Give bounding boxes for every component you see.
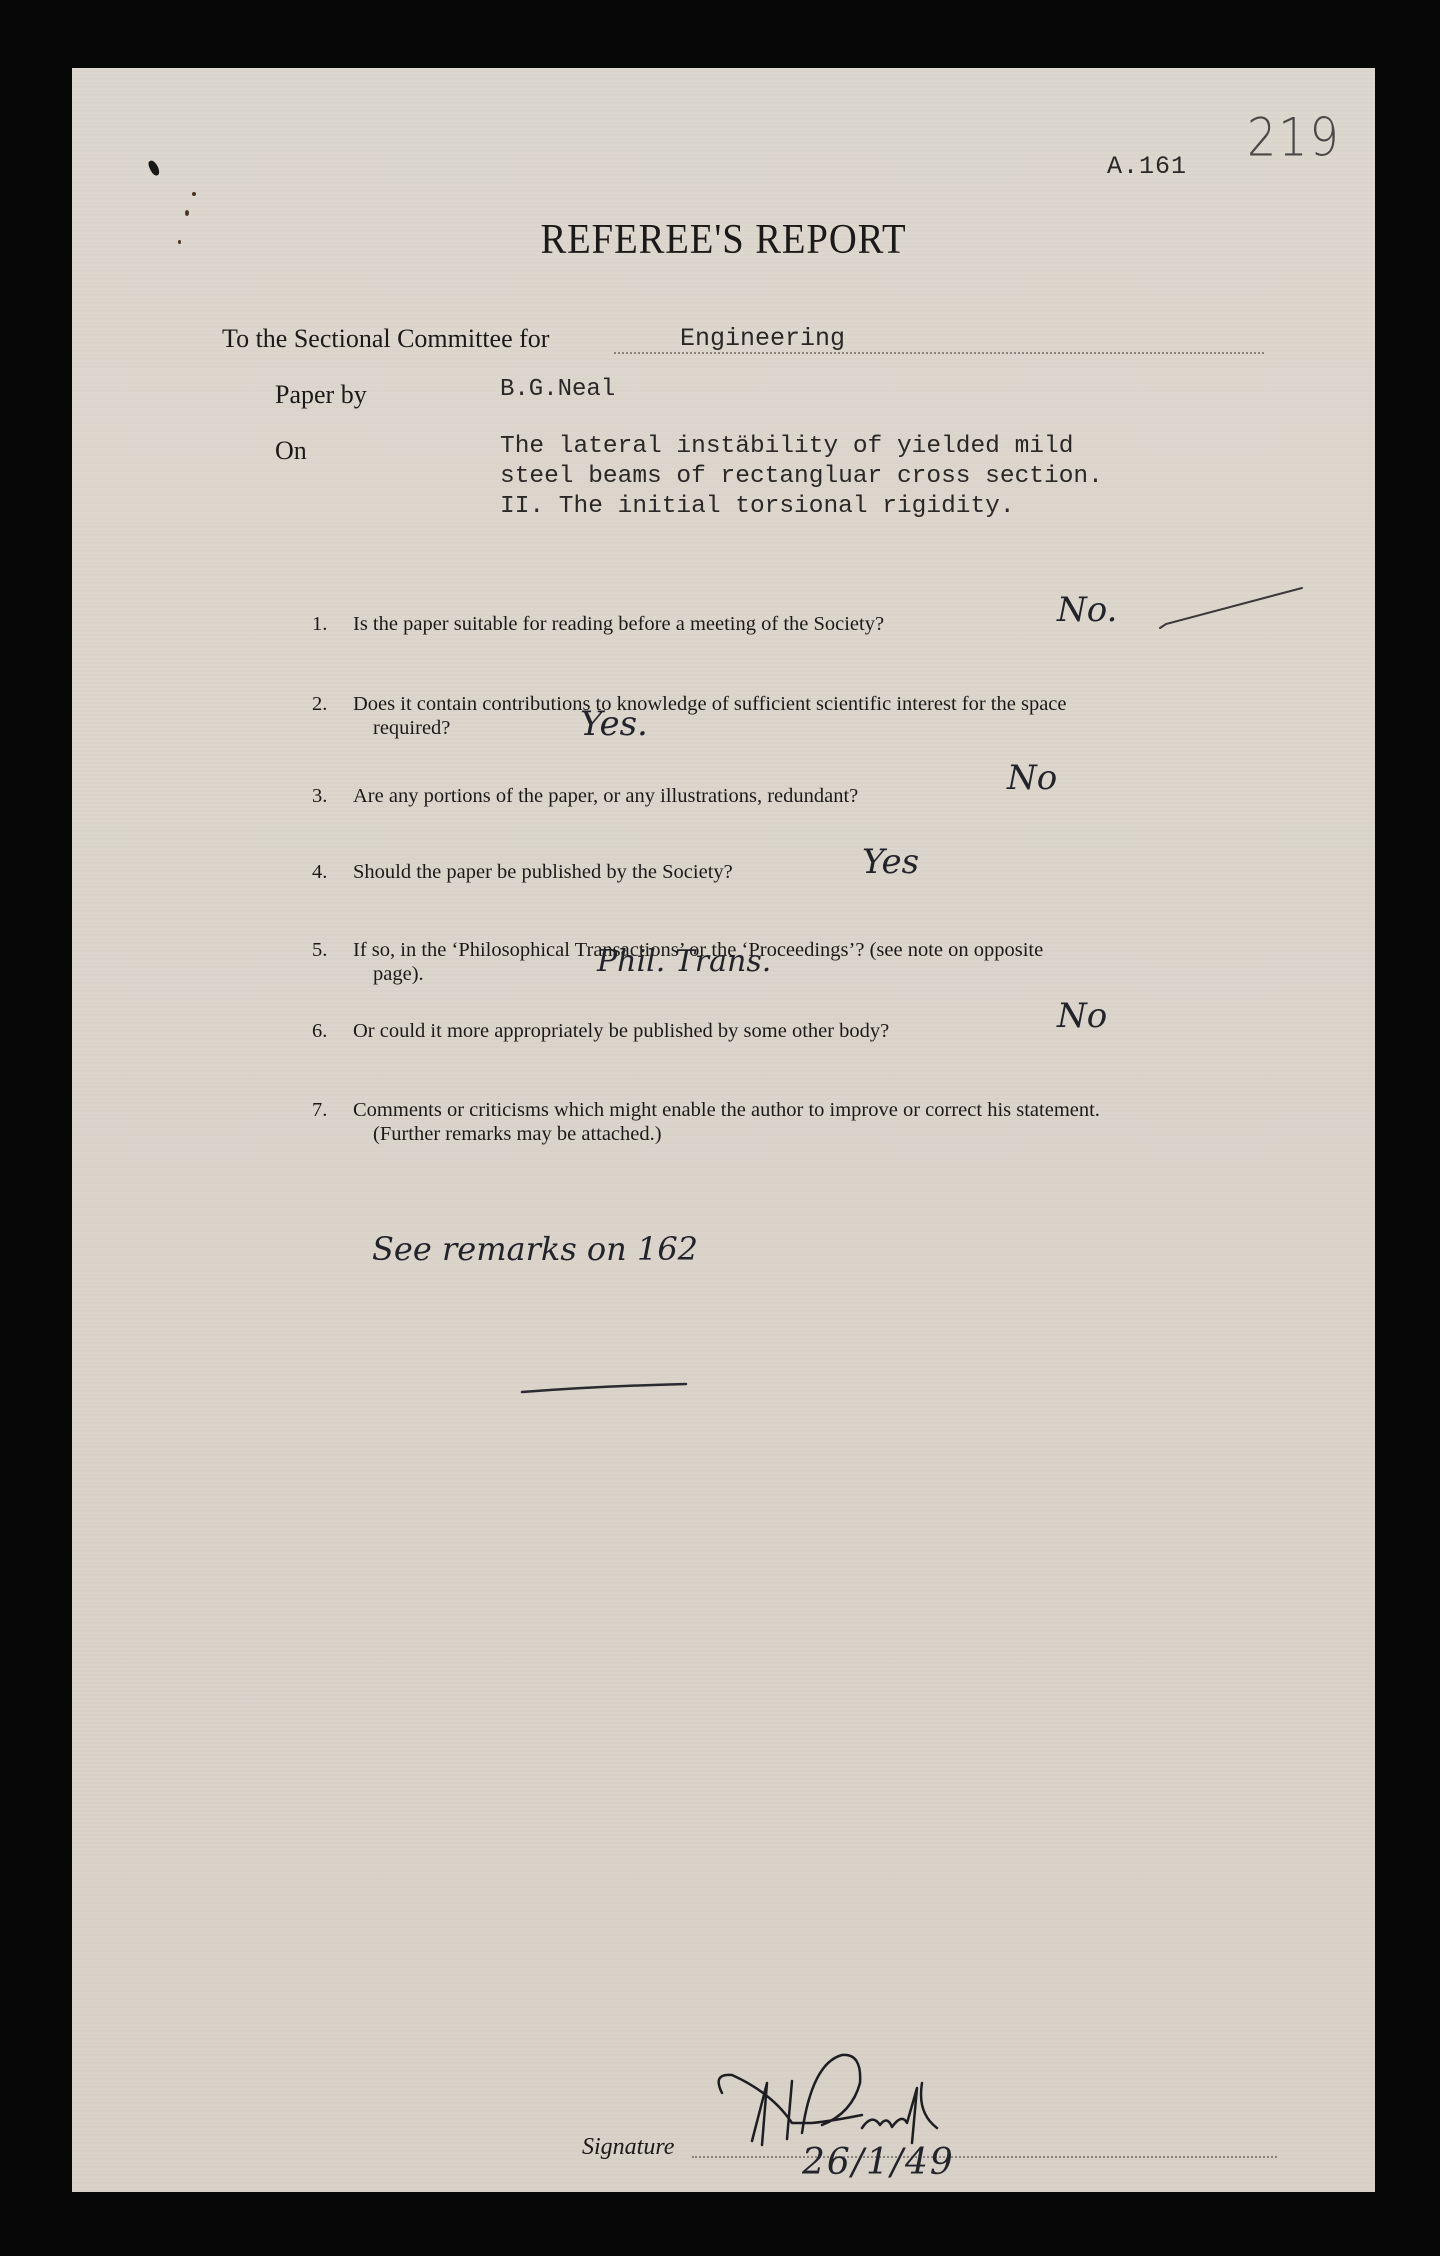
answer-1-handwritten: No. xyxy=(1057,590,1117,630)
committee-label: To the Sectional Committee for xyxy=(222,324,549,354)
question-number: 5. xyxy=(312,938,327,962)
question-text-line: Should the paper be published by the Soc… xyxy=(353,861,733,883)
answer-2-handwritten: Yes. xyxy=(580,704,648,744)
question-text-line: Comments or criticisms which might enabl… xyxy=(353,1099,1100,1121)
question-number: 2. xyxy=(312,692,327,716)
question-number: 3. xyxy=(312,784,327,808)
question-text: Are any portions of the paper, or any il… xyxy=(353,784,1233,808)
check-mark-icon xyxy=(1152,584,1312,634)
answer-3-handwritten: No xyxy=(1007,758,1057,798)
referee-report-page: 219 A.161 REFEREE'S REPORT To the Sectio… xyxy=(72,68,1375,2192)
question-continuation: page). xyxy=(353,962,1233,986)
question-number: 6. xyxy=(312,1019,327,1043)
question-text: Does it contain contributions to knowled… xyxy=(353,692,1233,740)
answer-4-handwritten: Yes xyxy=(862,842,919,882)
on-label: On xyxy=(275,436,307,466)
rust-spot xyxy=(192,192,196,196)
question-text-line: Does it contain contributions to knowled… xyxy=(353,693,1067,715)
question-text: Comments or criticisms which might enabl… xyxy=(353,1098,1233,1146)
question-text: If so, in the ‘Philosophical Transaction… xyxy=(353,938,1233,986)
rust-spot xyxy=(178,240,181,244)
question-continuation: required? xyxy=(353,716,1233,740)
question-number: 1. xyxy=(312,612,327,636)
handwritten-remark: See remarks on 162 xyxy=(372,1230,698,1268)
rust-spot xyxy=(185,210,189,216)
question-number: 4. xyxy=(312,860,327,884)
question-text-line: Are any portions of the paper, or any il… xyxy=(353,785,858,807)
signature-label: Signature xyxy=(582,2134,674,2161)
question-text: Should the paper be published by the Soc… xyxy=(353,860,1233,884)
answer-6-handwritten: No xyxy=(1057,996,1107,1036)
paper-by-label: Paper by xyxy=(275,380,367,410)
paper-title-value: The lateral instäbility of yielded mild … xyxy=(500,432,1103,522)
answer-5-handwritten: Phil. Trans. xyxy=(597,944,771,979)
reference-code: A.161 xyxy=(1107,152,1187,181)
question-continuation: (Further remarks may be attached.) xyxy=(353,1122,1233,1146)
question-number: 7. xyxy=(312,1098,327,1122)
question-text-line: Is the paper suitable for reading before… xyxy=(353,613,884,635)
signature-date: 26/1/49 xyxy=(802,2142,955,2183)
question-text-line: Or could it more appropriately be publis… xyxy=(353,1020,889,1042)
page-number: 219 xyxy=(1247,106,1341,168)
committee-value: Engineering xyxy=(680,324,845,353)
handwritten-rule-line xyxy=(520,1378,690,1398)
paper-by-value: B.G.Neal xyxy=(500,376,615,403)
paper-damage-mark xyxy=(147,159,161,177)
page-title: REFEREE'S REPORT xyxy=(124,216,1323,264)
